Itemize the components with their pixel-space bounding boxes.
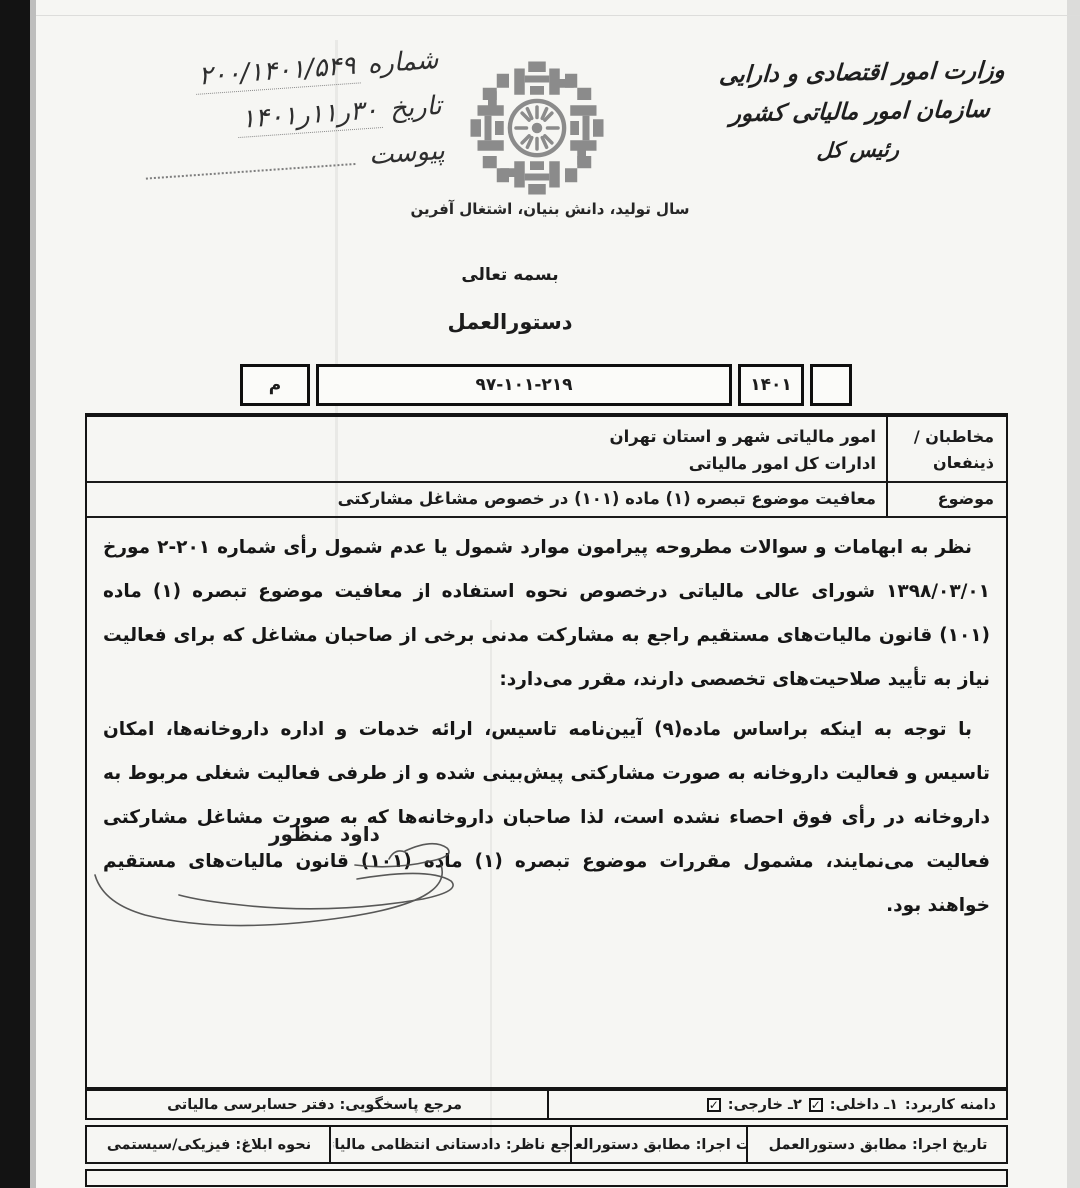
attachment-dotted-line: [145, 149, 356, 180]
body-paragraph-1: نظر به ابهامات و سوالات مطروحه پیرامون م…: [103, 526, 990, 702]
cell-divider: [746, 1127, 748, 1162]
signature-scribble: [89, 835, 489, 935]
ministry-name: وزارت امور اقتصادی و دارایی: [696, 57, 1028, 89]
signer-role: رئیس کل: [692, 135, 1024, 165]
scan-top-edge-line: [36, 15, 1080, 16]
addressees-value: امور مالیاتی شهر و استان تهران ادارات کل…: [93, 417, 884, 481]
footer-execution-row: تاریخ اجرا: مطابق دستورالعمل مدت اجرا: م…: [85, 1125, 1008, 1164]
letterhead-block: وزارت امور اقتصادی و دارایی سازمان امور …: [692, 57, 1028, 165]
scan-edge-band: [0, 0, 30, 1188]
addressees-label: مخاطبان / ذینفعان: [890, 417, 1006, 481]
addressees-line1: امور مالیاتی شهر و استان تهران: [93, 423, 876, 450]
addressees-line2: ادارات کل امور مالیاتی: [93, 450, 876, 477]
scan-edge-shadow: [30, 0, 36, 1188]
date-label: تاریخ: [389, 90, 443, 124]
directive-year-cell: ۱۴۰۱: [738, 364, 804, 406]
date-value: ۳۰ر۱۱ر۱۴۰۱: [236, 95, 383, 138]
attachment-label: پیوست: [368, 136, 446, 171]
classification-letter-cell: م: [240, 364, 310, 406]
execution-duration-cell: مدت اجرا: مطابق دستورالعمل: [574, 1127, 746, 1162]
empty-code-cell: [810, 364, 852, 406]
directive-code: ۹۷-۱۰۱-۲۱۹: [475, 375, 572, 395]
label-column-divider: [886, 417, 888, 518]
subject-value: معافیت موضوع تبصره (۱) ماده (۱۰۱) در خصو…: [93, 483, 884, 516]
footer-scope-row: دامنه کاربرد: ۱ـ داخلی: ✓ ۲ـ خارجی: ✓ مر…: [85, 1089, 1008, 1120]
document-main-frame: مخاطبان / ذینفعان امور مالیاتی شهر و است…: [85, 413, 1008, 1089]
footer-empty-row: [85, 1169, 1008, 1187]
subject-label: موضوع: [890, 483, 1006, 516]
responder-cell: مرجع پاسخگویی: دفتر حسابرسی مالیاتی: [87, 1091, 542, 1118]
handwritten-registration-block: شماره ۲۰۰/۱۴۰۱/۵۴۹ تاریخ ۳۰ر۱۱ر۱۴۰۱ پیوس…: [88, 38, 447, 199]
cell-divider: [570, 1127, 572, 1162]
execution-date-cell: تاریخ اجرا: مطابق دستورالعمل: [750, 1127, 1006, 1162]
external-checkbox[interactable]: ✓: [707, 1098, 721, 1112]
document-type-heading: دستورالعمل: [60, 310, 960, 334]
directive-code-cell: ۹۷-۱۰۱-۲۱۹: [316, 364, 732, 406]
internal-checkbox[interactable]: ✓: [809, 1098, 823, 1112]
notification-method-cell: نحوه ابلاغ: فیزیکی/سیستمی: [87, 1127, 331, 1162]
year-slogan: سال تولید، دانش بنیان، اشتغال آفرین: [380, 200, 720, 218]
scope-cell: دامنه کاربرد: ۱ـ داخلی: ✓ ۲ـ خارجی: ✓: [551, 1091, 1006, 1118]
supervisor-cell: مرجع ناظر: دادستانی انتظامی مالیاتی: [333, 1127, 570, 1162]
directive-code-row: م ۹۷-۱۰۱-۲۱۹ ۱۴۰۱: [240, 364, 852, 406]
number-label: شماره: [367, 45, 440, 80]
scan-right-margin: [1067, 0, 1080, 1188]
scope-external-label: ۲ـ خارجی:: [728, 1097, 802, 1113]
organization-name: سازمان امور مالیاتی کشور: [694, 96, 1026, 128]
tax-administration-emblem-icon: [462, 58, 612, 198]
number-value: ۲۰۰/۱۴۰۱/۵۴۹: [194, 50, 361, 94]
scanned-document-page: شماره ۲۰۰/۱۴۰۱/۵۴۹ تاریخ ۳۰ر۱۱ر۱۴۰۱ پیوس…: [0, 0, 1080, 1188]
bismillah-heading: بسمه تعالی: [60, 265, 960, 285]
cell-divider: [547, 1091, 549, 1118]
scope-label: دامنه کاربرد:: [905, 1097, 996, 1113]
scope-internal-label: ۱ـ داخلی:: [830, 1097, 898, 1113]
